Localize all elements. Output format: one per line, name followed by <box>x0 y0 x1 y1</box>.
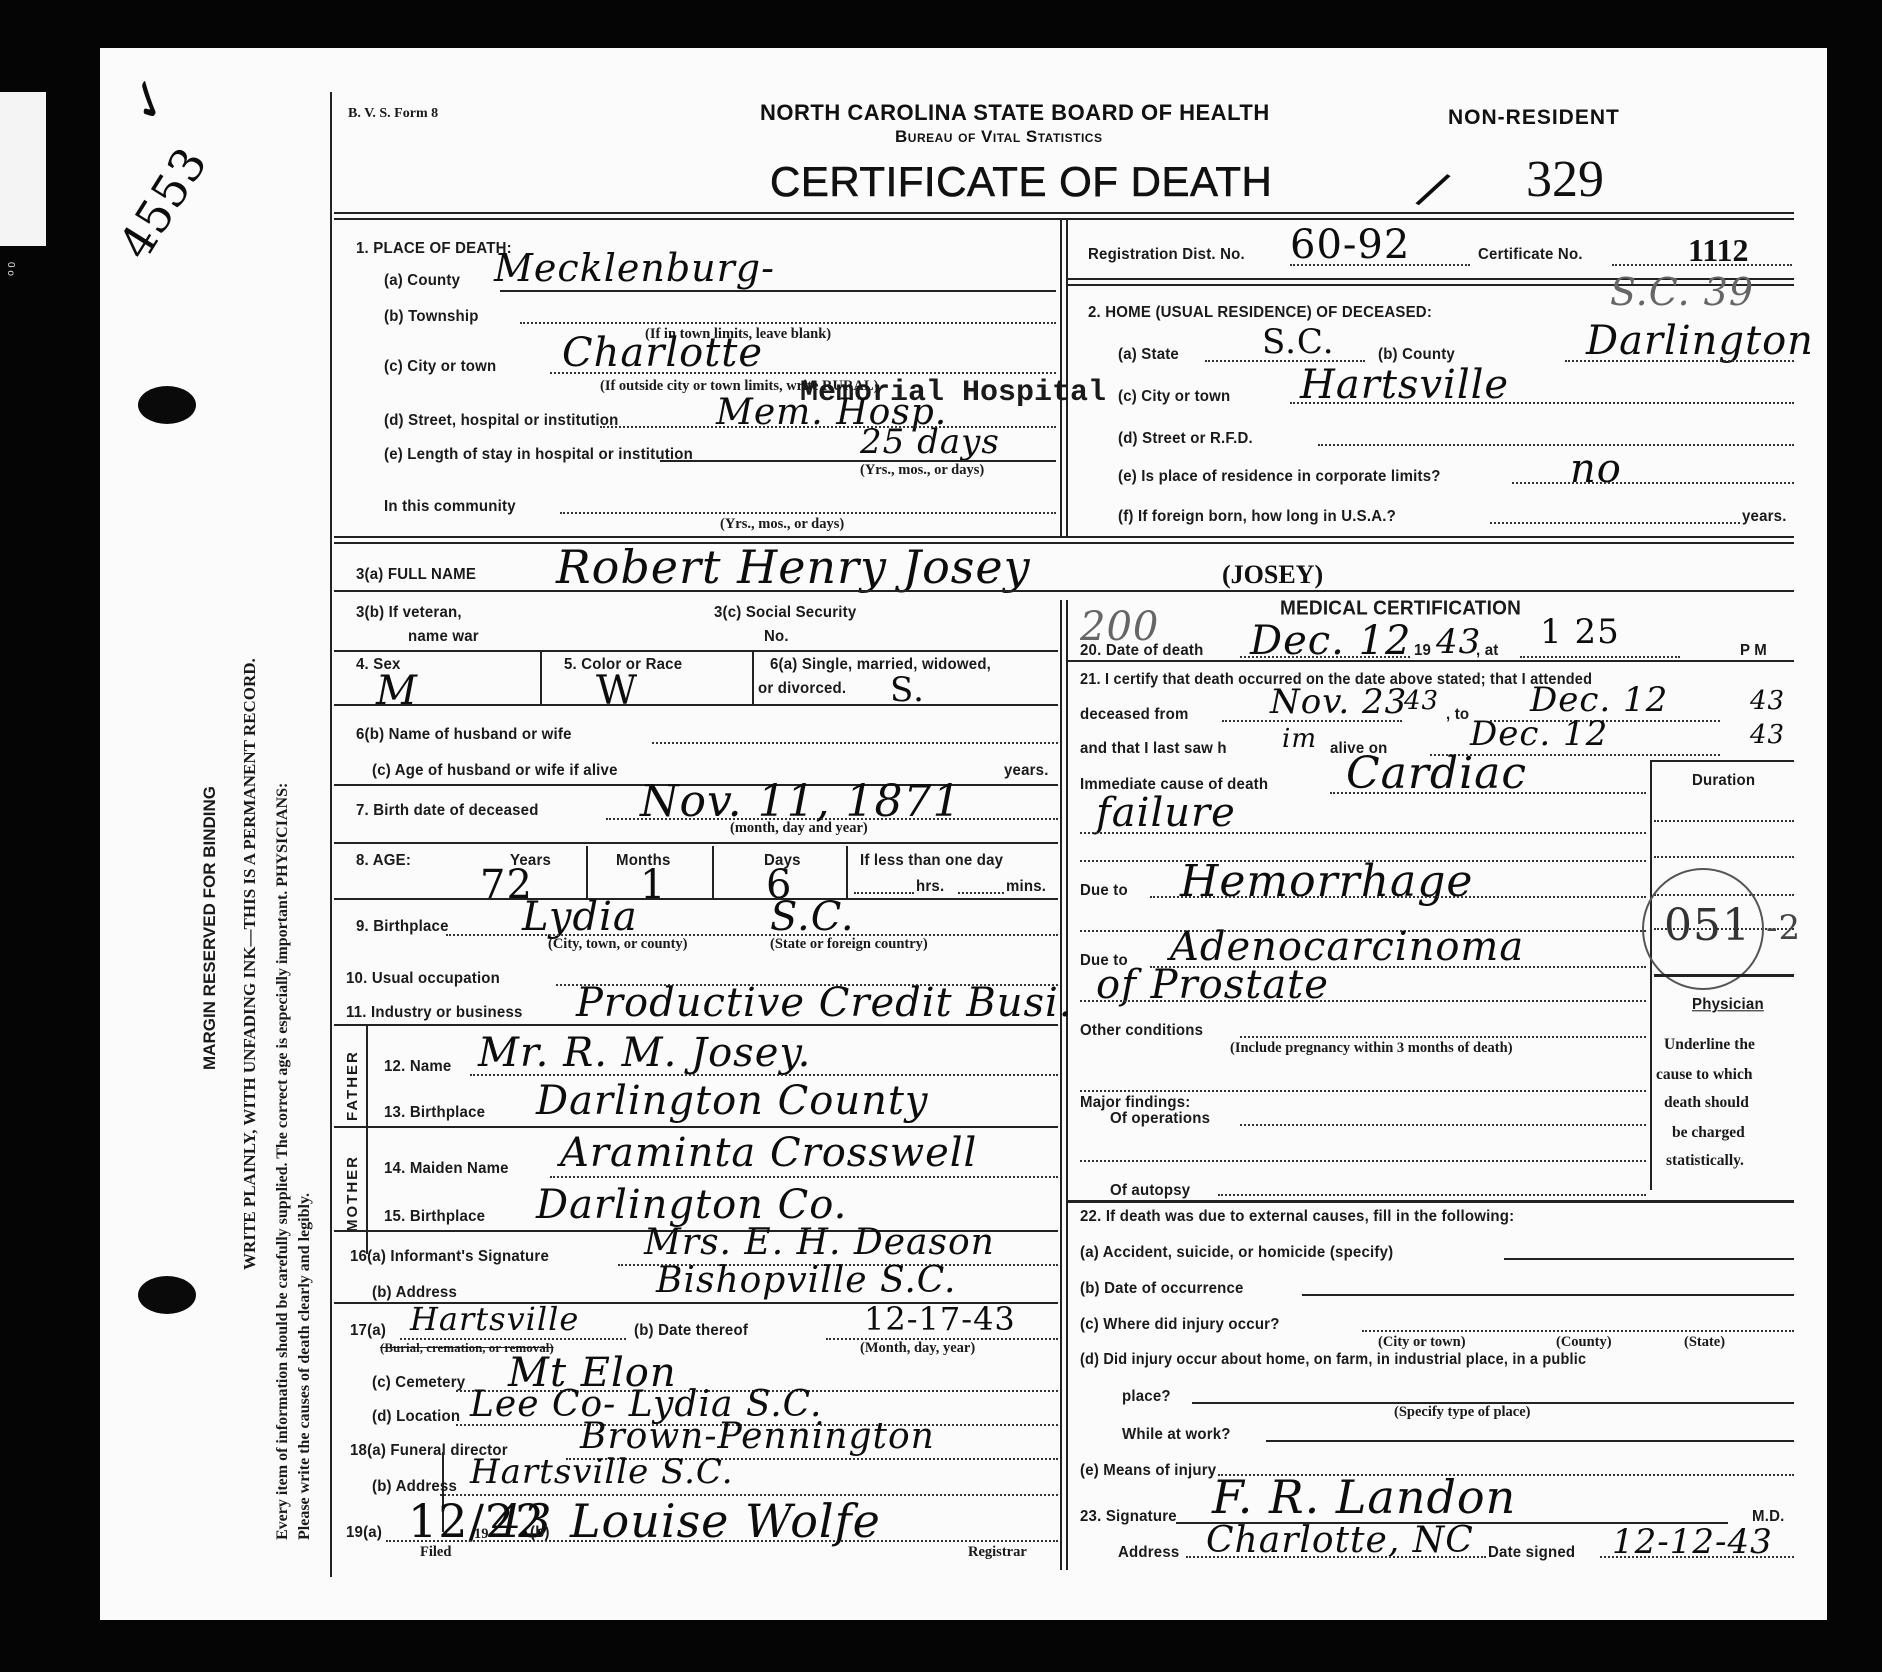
director-address-value: Hartsville S.C. <box>470 1452 734 1492</box>
injury-state-hint: (State) <box>1684 1334 1725 1351</box>
stay-hint: (Yrs., mos., or days) <box>860 462 984 479</box>
form-left-border <box>330 92 332 1577</box>
mins-label: mins. <box>1006 878 1046 896</box>
stay-label: (e) Length of stay in hospital or instit… <box>384 446 693 464</box>
burial-date-label: (b) Date thereof <box>634 1322 748 1340</box>
date-signed-label: Date signed <box>1488 1544 1575 1562</box>
informant-address-label: (b) Address <box>372 1284 457 1302</box>
registrar-hint: Registrar <box>968 1544 1027 1561</box>
immediate-cause-line-2 <box>1080 832 1646 834</box>
last-saw-pronoun: im <box>1282 724 1317 754</box>
certificate-no-line <box>1612 264 1792 266</box>
registrar-signature: Louise Wolfe <box>570 1494 881 1548</box>
injury-city-hint: (City or town) <box>1378 1334 1466 1351</box>
certificate-sequence-number: 329 <box>1526 150 1604 209</box>
duration-column-divider <box>1650 762 1652 1190</box>
father-birthplace-label: 13. Birthplace <box>384 1104 485 1122</box>
other-conditions-label: Other conditions <box>1080 1022 1203 1040</box>
spouse-name-line <box>652 742 1058 744</box>
board-name: NORTH CAROLINA STATE BOARD OF HEALTH <box>760 100 1270 126</box>
township-line <box>520 322 1056 324</box>
race-marital-divider <box>752 652 754 706</box>
date-signed-line <box>1600 1556 1794 1558</box>
hrs-line <box>854 892 914 894</box>
binding-hole-bottom <box>138 1276 196 1314</box>
injury-place-label: place? <box>1122 1388 1171 1406</box>
parents-tag-divider <box>366 1026 368 1254</box>
birth-date-label: 7. Birth date of deceased <box>356 802 539 820</box>
death-date-line <box>1240 656 1410 658</box>
burial-date-value: 12-17-43 <box>864 1300 1016 1338</box>
due-to-1-label: Due to <box>1080 882 1128 900</box>
foreign-born-line <box>1490 522 1740 524</box>
physician-note-line-2: cause to which <box>1656 1066 1752 1084</box>
section-divider-1 <box>334 536 1794 544</box>
home-county-value: Darlington <box>1586 318 1814 364</box>
filed-label: 19(a) <box>346 1524 382 1542</box>
hrs-label: hrs. <box>916 878 944 896</box>
death-year-prefix: 19 <box>1414 642 1431 660</box>
foreign-born-suffix: years. <box>1742 508 1787 526</box>
accident-line <box>1504 1258 1794 1260</box>
attended-from-value: Nov. 23 <box>1270 682 1407 722</box>
mother-birthplace-label: 15. Birthplace <box>384 1208 485 1226</box>
injury-where-label: (c) Where did injury occur? <box>1080 1316 1280 1334</box>
home-street-label: (d) Street or R.F.D. <box>1118 430 1253 448</box>
physician-note-line-3: death should <box>1664 1094 1749 1112</box>
physician-note-line-5: statistically. <box>1666 1152 1744 1170</box>
due-to-2-line-2 <box>1080 1000 1646 1002</box>
home-county-label: (b) County <box>1378 346 1455 364</box>
social-security-label-2: No. <box>764 628 789 646</box>
social-security-label: 3(c) Social Security <box>714 604 856 622</box>
registrar-label: (b) <box>530 1524 550 1542</box>
spouse-age-suffix: years. <box>1004 762 1049 780</box>
veteran-label: 3(b) If veteran, <box>356 604 462 622</box>
physician-signature-label: 23. Signature <box>1080 1508 1177 1526</box>
county-label: (a) County <box>384 272 460 290</box>
age-label: 8. AGE: <box>356 852 411 870</box>
spouse-name-label: 6(b) Name of husband or wife <box>356 726 572 744</box>
filed-hint: Filed <box>420 1544 451 1561</box>
duration-label: Duration <box>1692 772 1755 790</box>
due-to-1-line <box>1150 896 1646 898</box>
industry-value: Productive Credit Busi. <box>576 980 1073 1026</box>
stay-value: 25 days <box>860 422 1000 462</box>
foreign-born-label: (f) If foreign born, how long in U.S.A.? <box>1118 508 1396 526</box>
home-city-label: (c) City or town <box>1118 388 1230 406</box>
pencil-note: S.C. 39 <box>1610 270 1754 314</box>
father-birthplace-value: Darlington County <box>536 1078 929 1124</box>
burial-date-hint: (Month, day, year) <box>860 1340 975 1357</box>
father-name-value: Mr. R. M. Josey. <box>478 1030 811 1076</box>
full-name-label: 3(a) FULL NAME <box>356 566 476 584</box>
attended-from-line <box>1222 720 1402 722</box>
funeral-director-value: Brown-Pennington <box>580 1416 935 1457</box>
birthplace-city-hint: (City, town, or county) <box>548 936 688 953</box>
means-of-injury-label: (e) Means of injury <box>1080 1462 1216 1480</box>
community-line <box>560 512 1056 514</box>
death-time-at-label: , at <box>1476 642 1498 660</box>
death-year-value: 43 <box>1436 622 1481 662</box>
mother-name-line <box>550 1176 1058 1178</box>
duration-line-1 <box>1654 820 1794 822</box>
autopsy-line <box>1218 1194 1646 1196</box>
occurrence-date-label: (b) Date of occurrence <box>1080 1280 1244 1298</box>
scanner-strip <box>0 92 46 246</box>
death-time-line <box>1520 656 1680 658</box>
duration-bottom-line <box>1654 974 1794 977</box>
corporate-limits-value: no <box>1570 446 1622 492</box>
community-label: In this community <box>384 498 516 516</box>
registration-dist-value: 60-92 <box>1290 222 1410 268</box>
certificate-no-label: Certificate No. <box>1478 246 1583 264</box>
city-label: (c) City or town <box>384 358 496 376</box>
other-conditions-line-2 <box>1080 1090 1646 1092</box>
non-resident-stamp: NON-RESIDENT <box>1448 106 1620 130</box>
home-city-line <box>1290 402 1794 404</box>
name-line <box>334 590 1794 592</box>
industry-line <box>334 1024 1058 1026</box>
father-name-line <box>470 1074 1058 1076</box>
place-of-death-heading: 1. PLACE OF DEATH: <box>356 240 512 258</box>
sex-value: M <box>376 668 418 714</box>
margin-reserved-text: MARGIN RESERVED FOR BINDING <box>200 600 220 1070</box>
corporate-limits-line <box>1512 482 1794 484</box>
cemetery-label: (c) Cemetery <box>372 1374 465 1392</box>
father-line <box>334 1126 1058 1128</box>
full-name-value: Robert Henry Josey <box>556 540 1031 594</box>
accident-label: (a) Accident, suicide, or homicide (spec… <box>1080 1244 1393 1262</box>
margin-please-write: Please write the causes of death clearly… <box>296 880 314 1540</box>
age-months-value: 1 <box>640 862 666 908</box>
death-date-divider <box>1068 660 1794 662</box>
informant-signature-value: Mrs. E. H. Deason <box>644 1222 995 1263</box>
community-hint: (Yrs., mos., or days) <box>720 516 844 533</box>
physician-address-value: Charlotte, NC <box>1206 1520 1474 1561</box>
burial-place-value: Hartsville <box>410 1300 579 1338</box>
physician-address-line <box>1186 1556 1486 1558</box>
classification-code: 051 <box>1664 900 1751 951</box>
while-at-work-line <box>1266 1440 1794 1442</box>
physician-signature-value: F. R. Landon <box>1212 1470 1516 1524</box>
burial-place-label: 17(a) <box>350 1322 386 1340</box>
injury-where-line <box>1362 1330 1794 1332</box>
location-label: (d) Location <box>372 1408 460 1426</box>
center-divider-bottom <box>1060 600 1068 1570</box>
father-name-label: 12. Name <box>384 1058 451 1076</box>
home-state-value: S.C. <box>1262 322 1335 362</box>
header-divider <box>334 212 1794 220</box>
full-name-typed: (JOSEY) <box>1222 560 1323 590</box>
last-saw-year: 43 <box>1750 720 1785 750</box>
attended-to-label: , to <box>1446 706 1469 724</box>
age-line <box>334 898 1058 900</box>
home-state-label: (a) State <box>1118 346 1179 364</box>
father-tag: FATHER <box>344 1032 361 1140</box>
township-label: (b) Township <box>384 308 479 326</box>
age-divider-2 <box>712 846 714 898</box>
home-county-line <box>1565 360 1794 362</box>
birth-date-hint: (month, day and year) <box>730 820 868 837</box>
immediate-cause-value-2: failure <box>1096 790 1236 836</box>
death-time-ampm: P M <box>1740 642 1767 660</box>
less-than-day-label: If less than one day <box>860 852 1003 870</box>
external-causes-heading: 22. If death was due to external causes,… <box>1080 1208 1514 1226</box>
occupation-label: 10. Usual occupation <box>346 970 500 988</box>
home-street-line <box>1318 444 1794 446</box>
death-time-value: 1 25 <box>1540 612 1620 652</box>
stay-line <box>660 460 1056 462</box>
while-at-work-label: While at work? <box>1122 1426 1231 1444</box>
birthplace-label: 9. Birthplace <box>356 918 449 936</box>
veteran-line <box>334 650 1058 652</box>
race-value: W <box>596 668 638 714</box>
registration-dist-line <box>1290 264 1470 266</box>
physician-address-label: Address <box>1118 1544 1179 1562</box>
injury-county-hint: (County) <box>1556 1334 1612 1351</box>
last-saw-underline <box>1650 760 1794 762</box>
injury-type-label: (d) Did injury occur about home, on farm… <box>1080 1352 1586 1369</box>
age-divider-3 <box>846 846 848 898</box>
duration-line-2 <box>1654 856 1794 858</box>
mins-line <box>958 892 1004 894</box>
due-to-1-value: Hemorrhage <box>1180 856 1473 907</box>
operations-label: Of operations <box>1110 1110 1210 1128</box>
director-address-label: (b) Address <box>372 1478 457 1496</box>
margin-every-item: Every item of information should be care… <box>274 120 292 1540</box>
physician-note-line-4: be charged <box>1672 1124 1745 1142</box>
street-label: (d) Street, hospital or institution <box>384 412 619 430</box>
city-line <box>550 372 1056 374</box>
mother-tag: MOTHER <box>344 1134 361 1254</box>
physician-note-line-1: Underline the <box>1664 1036 1755 1054</box>
marital-line <box>334 704 1058 706</box>
attended-from-year: 43 <box>1404 686 1439 716</box>
birthplace-state-hint: (State or foreign country) <box>770 936 928 953</box>
last-saw-label: and that I last saw h <box>1080 740 1227 758</box>
binding-hole-top <box>138 386 196 424</box>
immediate-cause-line <box>1330 792 1646 794</box>
other-conditions-hint: (Include pregnancy within 3 months of de… <box>1230 1040 1513 1057</box>
classification-code-suffix: -2 <box>1766 908 1801 948</box>
birthplace-line <box>446 934 1058 936</box>
occurrence-date-line <box>1302 1294 1794 1296</box>
bureau-name: Bureau of Vital Statistics <box>895 127 1102 147</box>
certificate-title: CERTIFICATE OF DEATH <box>770 158 1272 206</box>
form-id: B. V. S. Form 8 <box>348 106 438 122</box>
marital-label: 6(a) Single, married, widowed, <box>770 656 991 674</box>
margin-write-plainly: WRITE PLAINLY, WITH UNFADING INK—THIS IS… <box>240 120 260 1270</box>
scanner-strip-mark: 0 o <box>4 262 16 286</box>
attended-to-year: 43 <box>1750 686 1785 716</box>
physician-note-heading: Physician <box>1692 996 1764 1014</box>
spouse-age-label: (c) Age of husband or wife if alive <box>372 762 618 780</box>
corporate-limits-label: (e) Is place of residence in corporate l… <box>1118 468 1441 486</box>
city-value: Charlotte <box>562 330 763 376</box>
mother-name-value: Araminta Crosswell <box>560 1130 977 1176</box>
operations-line <box>1240 1124 1646 1126</box>
injury-place-hint: (Specify type of place) <box>1394 1404 1531 1421</box>
birth-date-divider <box>334 842 1058 844</box>
attended-from-label: deceased from <box>1080 706 1188 724</box>
home-heading: 2. HOME (USUAL RESIDENCE) OF DECEASED: <box>1088 304 1432 322</box>
industry-label: 11. Industry or business <box>346 1004 523 1022</box>
county-line <box>500 290 1056 292</box>
registration-dist-label: Registration Dist. No. <box>1088 246 1245 264</box>
mother-name-label: 14. Maiden Name <box>384 1160 509 1178</box>
autopsy-label: Of autopsy <box>1110 1182 1190 1200</box>
operations-line-2 <box>1080 1160 1646 1162</box>
county-value: Mecklenburg- <box>494 246 775 290</box>
marital-label-2: or divorced. <box>758 680 846 698</box>
other-conditions-line <box>1240 1036 1646 1038</box>
sex-race-divider <box>540 652 542 706</box>
informant-signature-label: 16(a) Informant's Signature <box>350 1248 549 1266</box>
age-divider-1 <box>586 846 588 898</box>
death-date-label: 20. Date of death <box>1080 642 1203 660</box>
informant-address-value: Bishopville S.C. <box>656 1260 957 1301</box>
veteran-label-2: name war <box>408 628 479 646</box>
medical-bottom-divider <box>1068 1200 1794 1203</box>
